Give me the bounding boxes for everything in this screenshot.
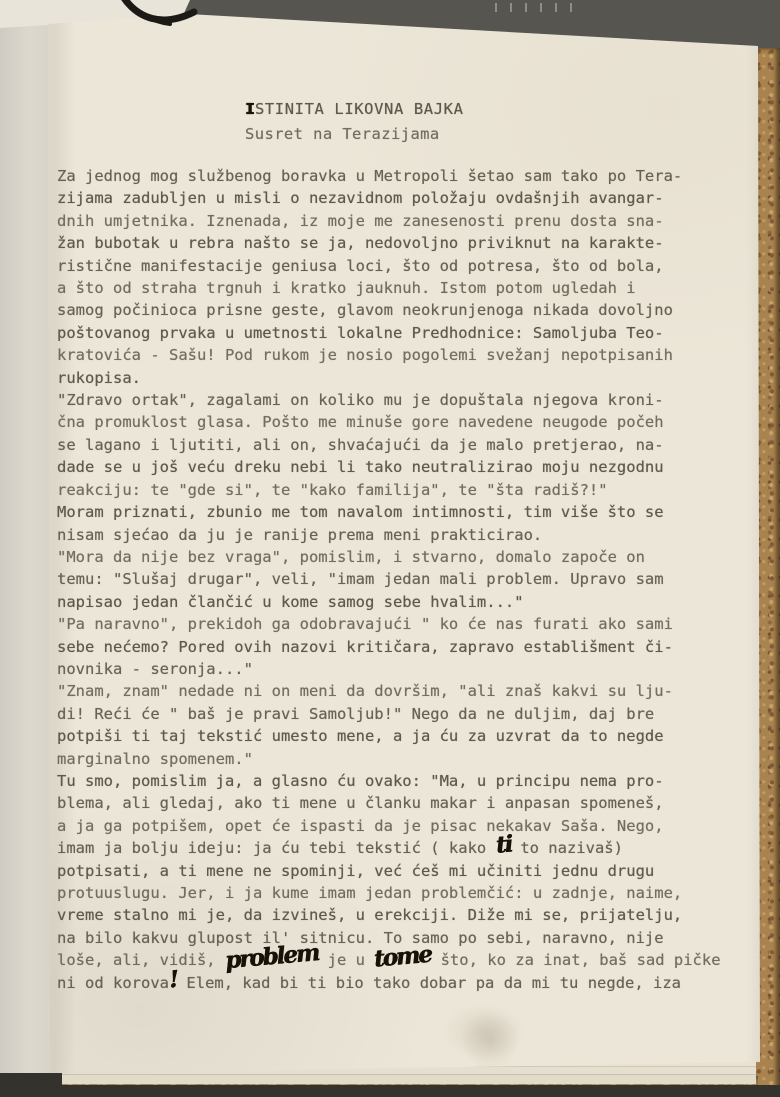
typed-text: marginalno spomenem." (57, 750, 253, 768)
body-line: protuuslugu. Jer, i ja kume imam jedan p… (57, 884, 717, 906)
typed-text: vreme stalno mi je, da izvineš, u erekci… (57, 906, 682, 924)
typed-text: Za jednog mog službenog boravka u Metrop… (57, 167, 682, 185)
body-line: ristične manifestacije geniusa loci, što… (57, 257, 717, 279)
typed-text: novnika - seronja..." (57, 660, 253, 678)
body-lines: Za jednog mog službenog boravka u Metrop… (57, 167, 717, 996)
body-line: "Znam, znam" nedade ni on meni da dovrši… (57, 682, 717, 704)
body-line: reakciju: te "gde si", te "kako familija… (57, 481, 717, 503)
body-line: loše, ali, vidiš, problem je u tome što,… (57, 951, 717, 973)
body-line: di! Reći će " baš je pravi Samoljub!" Ne… (57, 705, 717, 727)
typed-text: samog počinioca prisne geste, glavom neo… (57, 301, 673, 319)
body-line: poštovanog prvaka u umetnosti lokalne Pr… (57, 324, 717, 346)
body-line: ni od korova! Elem, kad bi ti bio tako d… (57, 974, 717, 996)
handwritten-correction: problem (225, 953, 318, 961)
typed-text: a ja ga potpišem, opet će ispasti da je … (57, 817, 664, 835)
body-line: potpisati, a ti mene ne spominji, već će… (57, 862, 717, 884)
body-line: "Zdravo ortak", zagalami on koliko mu je… (57, 391, 717, 413)
body-line: čna promuklost glasa. Pošto me minuše go… (57, 413, 717, 435)
scanner-top-ticks (495, 3, 585, 12)
body-line: se lagano i ljutiti, ali on, shvaćajući … (57, 436, 717, 458)
body-line: a ja ga potpišem, opet će ispasti da je … (57, 817, 717, 839)
typed-text: što, ko za inat, baš sad pičke (431, 951, 720, 969)
body-line: potpiši ti taj tekstić umesto mene, a ja… (57, 727, 717, 749)
scan-background: ISTINITA LIKOVNA BAJKA Susret na Terazij… (0, 0, 780, 1097)
typed-text: to nazivaš) (511, 839, 623, 857)
typed-text: Moram priznati, zbunio me tom navalom in… (57, 503, 664, 521)
page-curl-mark (118, 0, 202, 42)
body-line: marginalno spomenem." (57, 750, 717, 772)
body-line: rukopisa. (57, 369, 717, 391)
scanner-bottom-left-corner (0, 1073, 62, 1097)
typed-text: protuuslugu. Jer, i ja kume imam jedan p… (57, 884, 682, 902)
body-line: Za jednog mog službenog boravka u Metrop… (57, 167, 717, 189)
typed-text: "Mora da nije bez vraga", pomislim, i st… (57, 548, 645, 566)
body-line: temu: "Slušaj drugar", veli, "imam jedan… (57, 570, 717, 592)
body-line: nisam sjećao da ju je ranije prema meni … (57, 526, 717, 548)
body-line: Moram priznati, zbunio me tom navalom in… (57, 503, 717, 525)
typed-text: potpisati, a ti mene ne spominji, već će… (57, 862, 654, 880)
typed-text: rukopisa. (57, 369, 141, 387)
body-line: novnika - seronja..." (57, 660, 717, 682)
body-line: imam ja bolju ideju: ja ću tebi tekstić … (57, 839, 717, 861)
body-line: "Pa naravno", prekidoh ga odobravajući "… (57, 615, 717, 637)
typed-text: dnih umjetnika. Iznenada, iz moje me zan… (57, 212, 664, 230)
page-title: ISTINITA LIKOVNA BAJKA (245, 100, 464, 118)
body-line: samog počinioca prisne geste, glavom neo… (57, 301, 717, 323)
typed-text: di! Reći će " baš je pravi Samoljub!" Ne… (57, 705, 654, 723)
body-line: Tu smo, pomislim ja, a glasno ću ovako: … (57, 772, 717, 794)
body-line: dade se u još veću dreku nebi li tako ne… (57, 458, 717, 480)
body-line: vreme stalno mi je, da izvineš, u erekci… (57, 906, 717, 928)
typed-text: zijama zadubljen u misli o nezavidnom po… (57, 189, 664, 207)
body-line: a što od straha trgnuh i kratko jauknuh.… (57, 279, 717, 301)
typed-text: se lagano i ljutiti, ali on, shvaćajući … (57, 436, 664, 454)
typed-text: imam ja bolju ideju: ja ću tebi tekstić … (57, 839, 496, 857)
body-line: "Mora da nije bez vraga", pomislim, i st… (57, 548, 717, 570)
typed-text: nisam sjećao da ju je ranije prema meni … (57, 526, 542, 544)
typed-text: reakciju: te "gde si", te "kako familija… (57, 481, 608, 499)
typed-text: temu: "Slušaj drugar", veli, "imam jedan… (57, 570, 664, 588)
document-page: ISTINITA LIKOVNA BAJKA Susret na Terazij… (0, 0, 780, 1097)
scanner-bottom-band (0, 1085, 780, 1097)
page-subtitle: Susret na Terazijama (245, 125, 440, 143)
typed-text: "Zdravo ortak", zagalami on koliko mu je… (57, 391, 664, 409)
body-line: napisao jedan člančić u kome samog sebe … (57, 593, 717, 615)
handwritten-correction: ti (496, 845, 511, 846)
handwritten-correction: tome (374, 955, 431, 960)
handwritten-correction: ! (169, 979, 177, 980)
typed-text: kratovića - Sašu! Pod rukom je nosio pog… (57, 346, 673, 364)
body-line: blema, ali gledaj, ako ti mene u članku … (57, 794, 717, 816)
typed-text: napisao jedan člančić u kome samog sebe … (57, 593, 524, 611)
typed-text: loše, ali, vidiš, (57, 951, 225, 969)
body-line: sebe nećemo? Pored ovih nazovi kritičara… (57, 638, 717, 660)
body-line: zijama zadubljen u misli o nezavidnom po… (57, 189, 717, 211)
typed-text: sebe nećemo? Pored ovih nazovi kritičara… (57, 638, 673, 656)
typed-text: čna promuklost glasa. Pošto me minuše go… (57, 413, 664, 431)
under-page-edge (0, 0, 52, 1086)
typed-text: "Pa naravno", prekidoh ga odobravajući "… (57, 615, 673, 633)
body-line: žan bubotak u rebra našto se ja, nedovol… (57, 234, 717, 256)
typed-text: Tu smo, pomislim ja, a glasno ću ovako: … (57, 772, 664, 790)
typed-text: "Znam, znam" nedade ni on meni da dovrši… (57, 682, 673, 700)
body-line: kratovića - Sašu! Pod rukom je nosio pog… (57, 346, 717, 368)
typed-text: ristične manifestacije geniusa loci, što… (57, 257, 664, 275)
typed-text: na bilo kakvu glupost il' sitnicu. To sa… (57, 929, 664, 947)
typed-text: potpiši ti taj tekstić umesto mene, a ja… (57, 727, 664, 745)
typed-text: je u (318, 951, 374, 969)
typed-text: a što od straha trgnuh i kratko jauknuh.… (57, 279, 636, 297)
typed-text: blema, ali gledaj, ako ti mene u članku … (57, 794, 664, 812)
typed-text: Elem, kad bi ti bio tako dobar pa da mi … (177, 974, 681, 992)
typed-text: poštovanog prvaka u umetnosti lokalne Pr… (57, 324, 664, 342)
typed-text: dade se u još veću dreku nebi li tako ne… (57, 458, 664, 476)
typed-text: žan bubotak u rebra našto se ja, nedovol… (57, 234, 664, 252)
body-line: dnih umjetnika. Iznenada, iz moje me zan… (57, 212, 717, 234)
typed-text: ni od korova (57, 974, 169, 992)
